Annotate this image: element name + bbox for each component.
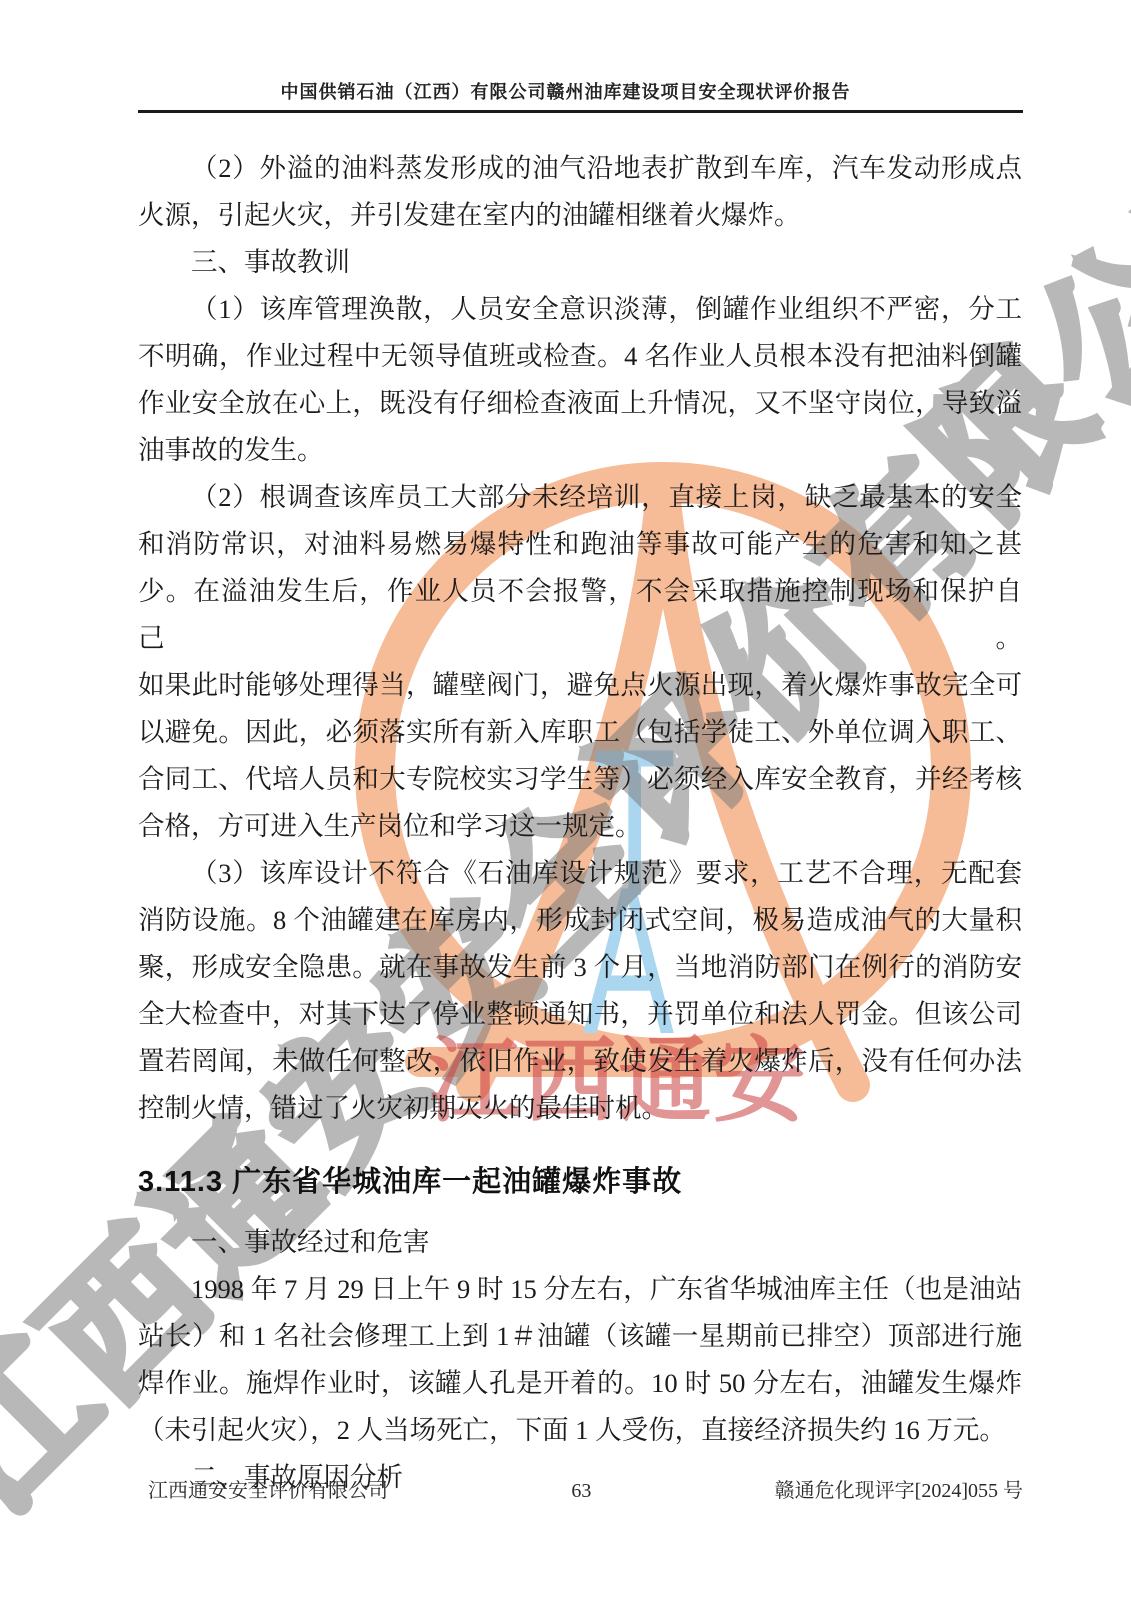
text-line: 聚，形成安全隐患。就在事故发生前 3 个月，当地消防部门在例行的消防安 — [138, 944, 1022, 991]
text-line: （1）该库管理涣散，人员安全意识淡薄，倒罐作业组织不严密，分工 — [138, 286, 1022, 333]
text-line: 少。在溢油发生后，作业人员不会报警，不会采取措施控制现场和保护自己。 — [138, 568, 1022, 662]
text-line: 消防设施。8 个油罐建在库房内，形成封闭式空间，极易造成油气的大量积 — [138, 897, 1022, 944]
paragraph: 一、事故经过和危害 — [138, 1219, 1022, 1266]
section-heading: 3.11.3 广东省华城油库一起油罐爆炸事故 — [138, 1160, 1022, 1204]
text-line: 如果此时能够处理得当，罐壁阀门，避免点火源出现，着火爆炸事故完全可 — [138, 662, 1022, 709]
text-line: 合格，方可进入生产岗位和学习这一规定。 — [138, 803, 1022, 850]
paragraph: （1）该库管理涣散，人员安全意识淡薄，倒罐作业组织不严密，分工不明确，作业过程中… — [138, 286, 1022, 474]
document-body: （2）外溢的油料蒸发形成的油气沿地表扩散到车库，汽车发动形成点火源，引起火灾，并… — [138, 145, 1022, 1501]
text-line: 1998 年 7 月 29 日上午 9 时 15 分左右，广东省华城油库主任（也… — [138, 1266, 1022, 1313]
text-line: 油事故的发生。 — [138, 427, 1022, 474]
page-footer: 江西通安安全评价有限公司 63 赣通危化现评字[2024]055 号 — [138, 1474, 1023, 1503]
text-line: （2）外溢的油料蒸发形成的油气沿地表扩散到车库，汽车发动形成点 — [138, 145, 1022, 192]
paragraph: （3）该库设计不符合《石油库设计规范》要求，工艺不合理，无配套消防设施。8 个油… — [138, 850, 1022, 1132]
report-header-title: 中国供销石油（江西）有限公司赣州油库建设项目安全现状评价报告 — [0, 78, 1131, 104]
text-line: 置若罔闻，未做任何整改，依旧作业，致使发生着火爆炸后，没有任何办法 — [138, 1038, 1022, 1085]
text-line: 合同工、代培人员和大专院校实习学生等）必须经入库安全教育，并经考核 — [138, 756, 1022, 803]
text-line: （3）该库设计不符合《石油库设计规范》要求，工艺不合理，无配套 — [138, 850, 1022, 897]
report-page: T A 江西通安安全评价有限公司 江西通安 中国供销石油（江西）有限公司赣州油库… — [0, 0, 1131, 1600]
text-line: 和消防常识，对油料易燃易爆特性和跑油等事故可能产生的危害和知之甚 — [138, 521, 1022, 568]
text-line: 全大检查中，对其下达了停业整顿通知书，并罚单位和法人罚金。但该公司 — [138, 991, 1022, 1038]
footer-company: 江西通安安全评价有限公司 — [148, 1474, 388, 1503]
text-line: 火源，引起火灾，并引发建在室内的油罐相继着火爆炸。 — [138, 192, 1022, 239]
text-line: 不明确，作业过程中无领导值班或检查。4 名作业人员根本没有把油料倒罐 — [138, 333, 1022, 380]
paragraph: （2）外溢的油料蒸发形成的油气沿地表扩散到车库，汽车发动形成点火源，引起火灾，并… — [138, 145, 1022, 239]
text-line: 控制火情，错过了火灾初期灭火的最佳时机。 — [138, 1085, 1022, 1132]
text-line: 一、事故经过和危害 — [138, 1219, 1022, 1266]
footer-page-number: 63 — [571, 1480, 591, 1503]
text-line: （未引起火灾），2 人当场死亡，下面 1 人受伤，直接经济损失约 16 万元。 — [138, 1407, 1022, 1454]
text-line: 站长）和 1 名社会修理工上到 1＃油罐（该罐一星期前已排空）顶部进行施 — [138, 1313, 1022, 1360]
text-line: 焊作业。施焊作业时，该罐人孔是开着的。10 时 50 分左右，油罐发生爆炸 — [138, 1360, 1022, 1407]
paragraph: 三、事故教训 — [138, 239, 1022, 286]
paragraph: （2）根调查该库员工大部分未经培训，直接上岗，缺乏最基本的安全和消防常识，对油料… — [138, 474, 1022, 850]
header-rule — [138, 110, 1023, 113]
text-line: （2）根调查该库员工大部分未经培训，直接上岗，缺乏最基本的安全 — [138, 474, 1022, 521]
text-line: 三、事故教训 — [138, 239, 1022, 286]
text-line: 以避免。因此，必须落实所有新入库职工（包括学徒工、外单位调入职工、 — [138, 709, 1022, 756]
paragraph: 1998 年 7 月 29 日上午 9 时 15 分左右，广东省华城油库主任（也… — [138, 1266, 1022, 1454]
footer-doc-number: 赣通危化现评字[2024]055 号 — [775, 1474, 1023, 1503]
text-line: 作业安全放在心上，既没有仔细检查液面上升情况，又不坚守岗位，导致溢 — [138, 380, 1022, 427]
